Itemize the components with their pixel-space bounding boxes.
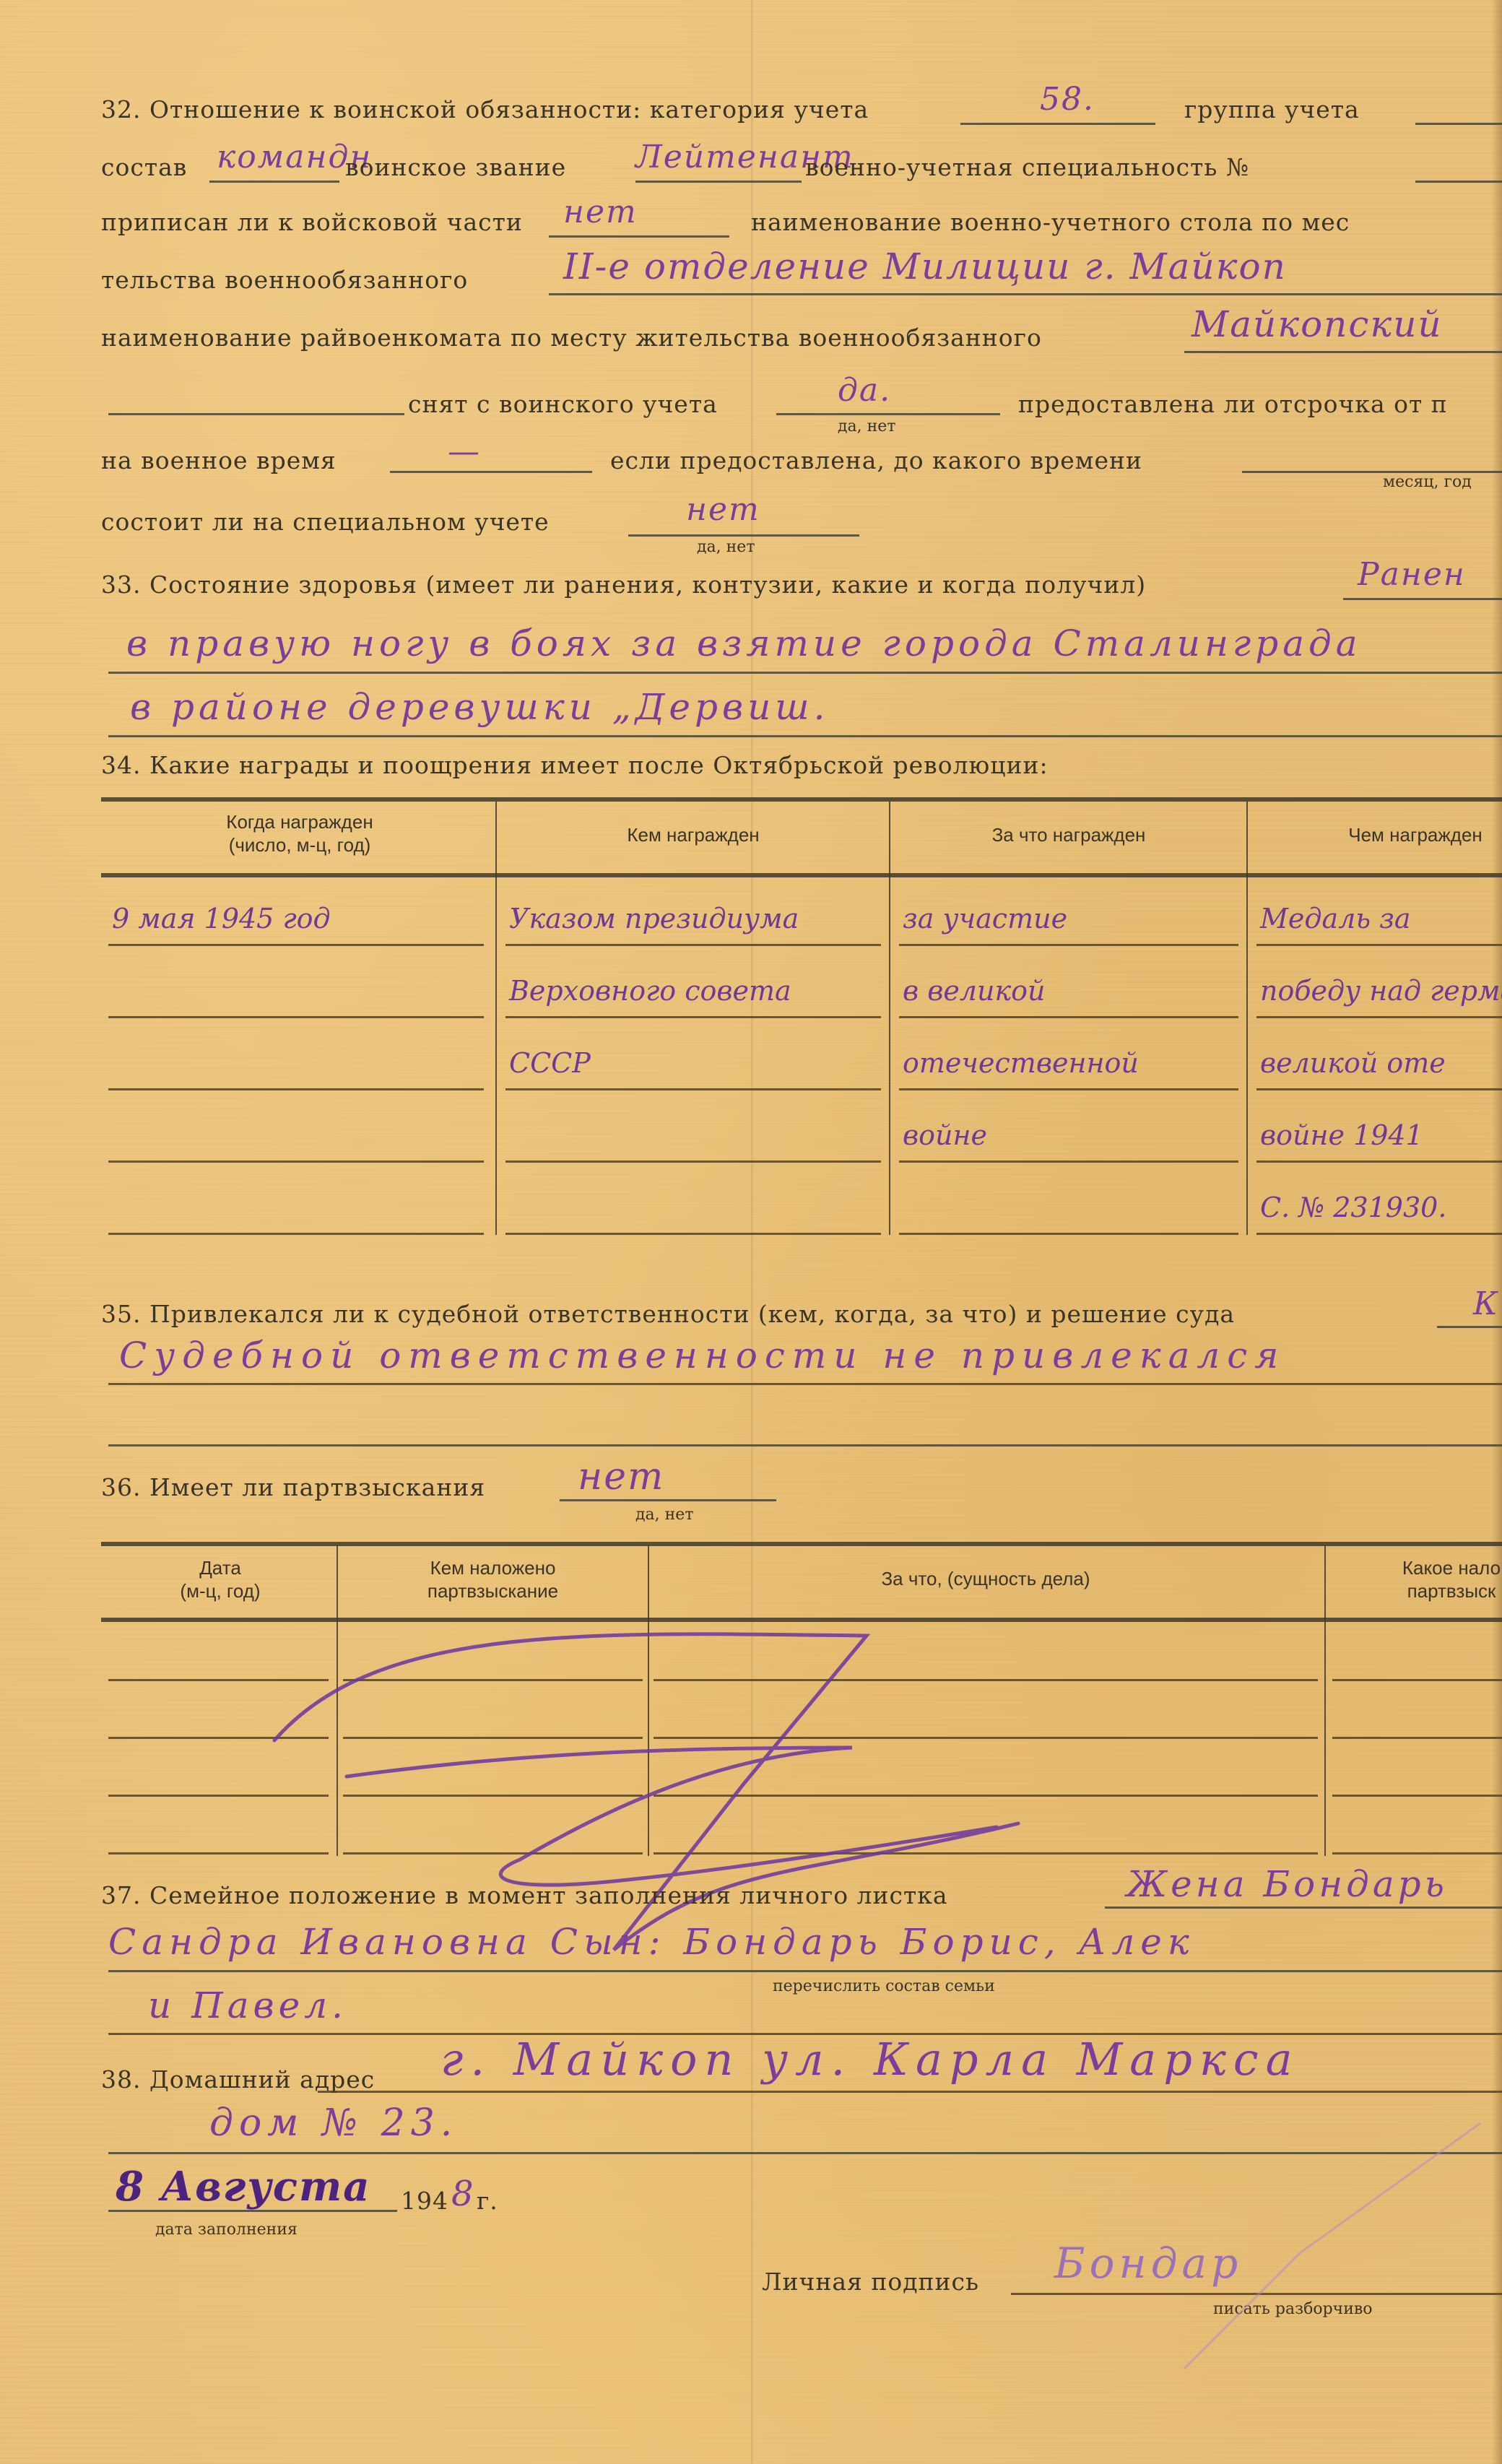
awards-row-line <box>1256 944 1502 946</box>
penalties-row-line <box>1332 1737 1502 1739</box>
rvk-value[interactable]: Майкопский <box>1191 303 1443 345</box>
q35-underline-2 <box>108 1444 1502 1446</box>
date-year-suffix[interactable]: 8 <box>451 2174 475 2214</box>
penalties-row-line <box>654 1737 1318 1739</box>
q33-answer-1[interactable]: в правую ногу в боях за взятие города Ст… <box>126 622 1362 664</box>
penalties-col-divider-1 <box>337 1545 338 1856</box>
penalties-row-line <box>654 1679 1318 1681</box>
q33-answer-2[interactable]: в районе деревушки „Дервиш. <box>130 686 830 728</box>
awards-table-header-border <box>101 873 1502 877</box>
q33-title: 33. Состояние здоровья (имеет ли ранения… <box>101 571 1146 599</box>
signature-value[interactable]: Бондар <box>1054 2239 1242 2288</box>
awards-row-line <box>108 1161 484 1163</box>
penalties-row-line <box>108 1852 329 1854</box>
awards-row-line <box>505 1233 881 1235</box>
awards-cell[interactable]: С. № 231930. <box>1260 1192 1446 1223</box>
awards-cell[interactable]: 9 мая 1945 год <box>112 903 331 934</box>
paper-edge-shadow <box>1492 0 1502 2464</box>
awards-row-line <box>108 1233 484 1235</box>
rvk-label: наименование райвоенкомата по месту жите… <box>101 324 1042 352</box>
awards-row-line <box>505 944 881 946</box>
q32-title: 32. Отношение к воинской обязанности: ка… <box>101 95 869 123</box>
awards-row-line <box>899 1016 1238 1018</box>
special-label: состоит ли на специальном учете <box>101 508 550 536</box>
group-label: группа учета <box>1184 95 1360 123</box>
removed-yes-no-hint: да, нет <box>838 417 896 435</box>
q37-answer-1[interactable]: Сандра Ивановна Сын: Бондарь Борис, Алек <box>108 1921 1195 1963</box>
q37-answer-2[interactable]: и Павел. <box>148 1984 347 2026</box>
signature-underline <box>1011 2293 1502 2295</box>
penalties-row-line <box>654 1852 1318 1854</box>
month-year-hint: месяц, год <box>1383 473 1472 491</box>
blank-underline <box>108 413 404 415</box>
table-label-2: тельства военнообязанного <box>101 266 468 294</box>
q35-answer-1[interactable]: Судебной ответственности не привлекался <box>119 1335 1285 1376</box>
date-label: дата заполнения <box>155 2221 298 2239</box>
removed-value[interactable]: да. <box>838 372 891 409</box>
special-underline <box>628 534 859 537</box>
wartime-underline <box>390 471 592 473</box>
table-value[interactable]: II-е отделение Милиции г. Майкоп <box>563 246 1287 287</box>
penalties-row-line <box>654 1795 1318 1797</box>
penalties-col-divider-3 <box>1324 1545 1326 1856</box>
group-underline <box>1415 123 1502 125</box>
unit-underline <box>549 235 729 238</box>
awards-col-divider-1 <box>495 802 497 1235</box>
awards-table-top-border <box>101 797 1502 802</box>
specialty-underline <box>1415 181 1502 183</box>
awards-cell[interactable]: за участие <box>903 903 1067 934</box>
penalties-row-line <box>1332 1852 1502 1854</box>
awards-header-award: Чем награжден <box>1249 823 1502 846</box>
awards-cell[interactable]: победу над германией в <box>1260 975 1502 1007</box>
penalties-header-by-whom: Кем наложено партвзыскание <box>339 1556 646 1602</box>
q38-answer-2[interactable]: дом № 23. <box>209 2101 458 2145</box>
q33-underline-2 <box>108 735 1502 737</box>
awards-row-line <box>108 1088 484 1090</box>
rank-label: воинское звание <box>345 153 566 181</box>
awards-cell[interactable]: войне <box>903 1119 987 1151</box>
removed-underline <box>776 413 1000 415</box>
awards-cell[interactable]: в великой <box>903 975 1046 1007</box>
awards-row-line <box>899 944 1238 946</box>
awards-row-line <box>505 1161 881 1163</box>
sostav-underline <box>209 181 339 183</box>
q36-value[interactable]: нет <box>578 1455 664 1498</box>
awards-col-divider-2 <box>889 802 890 1235</box>
q36-yes-no-hint: да, нет <box>635 1506 694 1524</box>
penalties-row-line <box>343 1737 643 1739</box>
awards-row-line <box>1256 1233 1502 1235</box>
awards-row-line <box>505 1088 881 1090</box>
q36-title: 36. Имеет ли партвзыскания <box>101 1473 485 1501</box>
penalties-row-line <box>108 1737 329 1739</box>
awards-row-line <box>899 1161 1238 1163</box>
q35-underline-1 <box>108 1383 1502 1385</box>
awards-header-for-what: За что награжден <box>892 823 1246 846</box>
q38-answer-1[interactable]: г. Майкоп ул. Карла Маркса <box>440 2033 1300 2086</box>
unit-value[interactable]: нет <box>563 194 638 230</box>
category-underline <box>960 123 1155 125</box>
q33-underline-0 <box>1343 598 1502 600</box>
penalties-table-header-border <box>101 1618 1502 1622</box>
penalties-row-line <box>108 1679 329 1681</box>
awards-cell[interactable]: отечественной <box>903 1047 1139 1079</box>
paper-fold <box>751 0 753 2464</box>
awards-row-line <box>1256 1161 1502 1163</box>
unit-label: приписан ли к войсковой части <box>101 208 523 236</box>
q34-title: 34. Какие награды и поощрения имеет посл… <box>101 751 1049 779</box>
rvk-underline <box>1184 351 1502 353</box>
category-value[interactable]: 58. <box>1040 81 1095 118</box>
q37-underline-0 <box>1105 1906 1502 1909</box>
wartime-label: на военное время <box>101 446 337 474</box>
deferment-label: предоставлена ли отсрочка от п <box>1018 390 1448 418</box>
awards-row-line <box>899 1088 1238 1090</box>
q37-title: 37. Семейное положение в момент заполнен… <box>101 1881 948 1909</box>
awards-col-divider-3 <box>1246 802 1248 1235</box>
table-underline <box>549 293 1502 295</box>
q38-underline-1 <box>318 2091 1502 2093</box>
special-yes-no-hint: да, нет <box>697 538 755 556</box>
penalties-row-line <box>343 1795 643 1797</box>
penalties-row-line <box>1332 1679 1502 1681</box>
awards-cell[interactable]: СССР <box>509 1047 591 1079</box>
until-label: если предоставлена, до какого времени <box>610 446 1142 474</box>
sostav-label: состав <box>101 153 187 181</box>
q33-answer-0[interactable]: Ранен <box>1358 556 1466 593</box>
awards-cell[interactable]: великой оте <box>1260 1047 1446 1079</box>
awards-header-by-whom: Кем награжден <box>498 823 888 846</box>
awards-row-line <box>1256 1016 1502 1018</box>
q35-answer-start[interactable]: К <box>1473 1285 1499 1322</box>
penalties-row-line <box>1332 1795 1502 1797</box>
penalties-col-divider-2 <box>648 1545 649 1856</box>
table-label: наименование военно-учетного стола по ме… <box>751 208 1350 236</box>
awards-row-line <box>505 1016 881 1018</box>
q37-answer-0[interactable]: Жена Бондарь <box>1126 1863 1448 1905</box>
penalties-row-line <box>343 1852 643 1854</box>
q35-title: 35. Привлекался ли к судебной ответствен… <box>101 1300 1235 1328</box>
awards-cell[interactable]: Верховного совета <box>509 975 791 1007</box>
specialty-label: военно-учетная специальность № <box>805 153 1249 181</box>
penalties-table-top-border <box>101 1542 1502 1546</box>
awards-cell[interactable]: Указом президиума <box>509 903 799 934</box>
q33-underline-1 <box>108 672 1502 674</box>
q37-hint: перечислить состав семьи <box>773 1977 995 1995</box>
q36-underline <box>560 1499 776 1501</box>
penalties-header-type: Какое нало партвзыск <box>1329 1556 1502 1602</box>
removed-label: снят с воинского учета <box>408 390 718 418</box>
penalties-header-date: Дата (м-ц, год) <box>108 1556 332 1602</box>
awards-row-line <box>1256 1088 1502 1090</box>
awards-cell[interactable]: Медаль за <box>1260 903 1410 934</box>
penalties-row-line <box>343 1679 643 1681</box>
awards-cell[interactable]: войне 1941 <box>1260 1119 1423 1151</box>
date-year-prefix: 194 <box>401 2187 448 2215</box>
q35-underline-0 <box>1437 1326 1502 1328</box>
date-year-end: г. <box>477 2187 498 2215</box>
rank-underline <box>635 181 802 183</box>
q38-title: 38. Домашний адрес <box>101 2065 375 2094</box>
awards-row-line <box>899 1233 1238 1235</box>
penalties-row-line <box>108 1795 329 1797</box>
awards-header-when: Когда награжден (число, м-ц, год) <box>108 810 491 856</box>
signature-label: Личная подпись <box>762 2268 979 2296</box>
awards-row-line <box>108 1016 484 1018</box>
q38-underline-2 <box>108 2152 1502 2154</box>
q37-underline-1 <box>108 1970 1502 1972</box>
penalties-header-for-what: За что, (сущность дела) <box>650 1567 1321 1590</box>
wartime-value[interactable]: — <box>448 433 481 470</box>
date-day-month[interactable]: 8 Августа <box>116 2163 370 2211</box>
signature-hint: писать разборчиво <box>1213 2300 1373 2318</box>
awards-row-line <box>108 944 484 946</box>
special-value[interactable]: нет <box>686 491 760 528</box>
